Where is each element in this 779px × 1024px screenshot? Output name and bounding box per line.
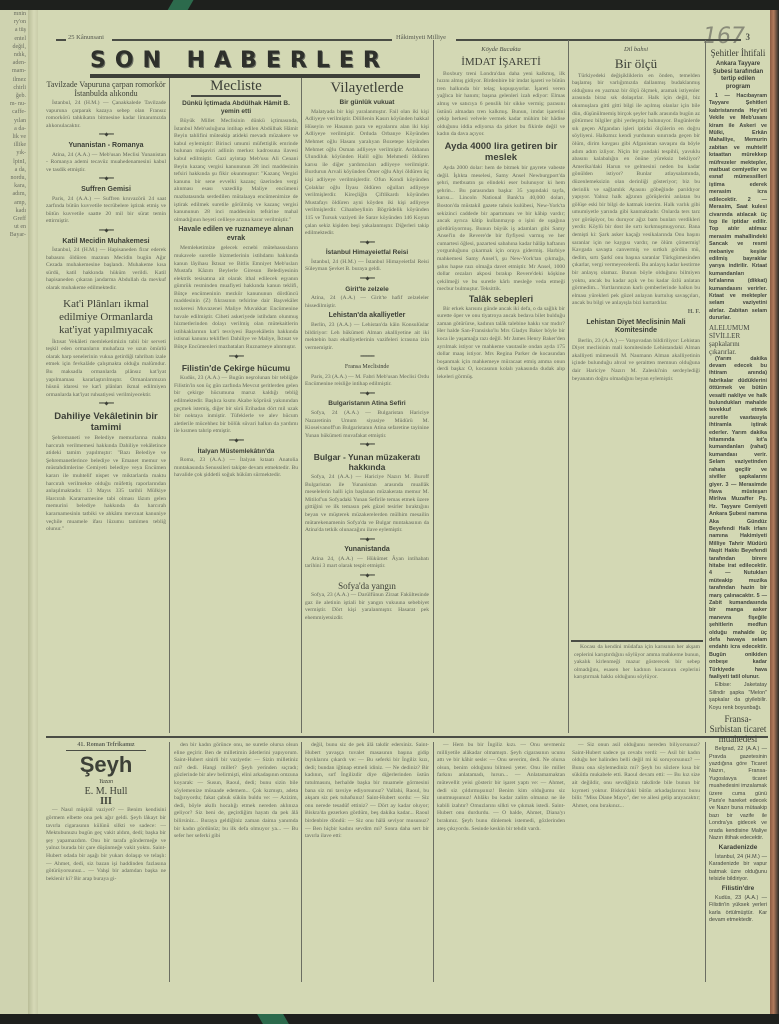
column-1: Tavilzade Vapuruna çarpan romorkör İstan…	[46, 78, 166, 728]
dress-code-note: Elbise: Jaketatay Silindir şapka "Melon"…	[709, 682, 767, 712]
scanner-bottom-edge	[0, 1014, 779, 1024]
header-paper-name: Hâkimiyeti Milliye	[396, 34, 446, 41]
fragment-line: aden-	[0, 59, 28, 67]
ornament-divider: ━━⬥━━	[305, 276, 429, 284]
ornament-divider: ━━⬥━━	[174, 438, 298, 446]
column-2: Mecliste Dünkü İçtimada Abdülhak Hâmit B…	[174, 78, 298, 733]
headline: Lehistan'da akalliyetler	[305, 312, 429, 320]
fragment-line: kara,	[0, 182, 28, 190]
article-body: Malatyada bir kişi yaralanmıştır. Fail o…	[305, 109, 429, 238]
headline: Kat'i Plânları ikmal edilmiye Ormanlarda…	[46, 298, 166, 337]
article-body: İstanbul, 24 (H.M.) — İstanbul Himayeiet…	[305, 259, 429, 274]
article-body: İstanbul, 24 (H.M.) — Çanakkalede Tavilz…	[46, 100, 166, 130]
ornament-divider: ━━⬥━━	[305, 240, 429, 248]
serial-author: E. M. Hull	[46, 788, 166, 796]
fragment-line: değil,	[0, 43, 28, 51]
headline: Ayda 4000 lira getiren bir meslek	[437, 141, 565, 163]
article-body: Ayda 2000 dolar: hem de bitmek bir gayre…	[437, 165, 565, 294]
fragment-line: a da-	[0, 125, 28, 133]
headline: Bulgaristanın Atina Sefiri	[305, 400, 429, 408]
headline: Bulgar - Yunan müzakeratı hakkında	[305, 452, 429, 472]
article-body: Berlin, 23 (A.A.) — Varşovadan bildirili…	[572, 338, 700, 384]
article-body: Kudüs, 23 (A.A.) — Filistin'in yüksek ye…	[709, 895, 767, 925]
headline: Fransa Meclisinde	[305, 364, 429, 372]
fragment-line: entel	[0, 35, 28, 43]
book-gutter	[28, 10, 38, 1016]
fragment-line: ut en	[0, 223, 28, 231]
header-rule	[56, 39, 66, 41]
serial-column-5: — Siz onun asil olduğunu nereden biliyor…	[572, 742, 700, 982]
headline: Katil Mecidin Muhakemesi	[46, 238, 166, 246]
serial-text: den bir kadın görünce onu, ne suretle ol…	[174, 742, 298, 841]
page-header: 25 Kânunsani Hâkimiyeti Milliye 3	[56, 34, 756, 46]
column-rule	[705, 40, 706, 733]
ornament-divider: ━━⬥━━	[305, 391, 429, 399]
kicker: Köyde Bucakta	[437, 46, 565, 54]
fragment-line: caffe-	[0, 108, 28, 116]
serial-text: değil, bunu siz de pek âlâ takdir edersi…	[305, 742, 429, 841]
subheadline: Ankara Tayyare Şubesi tarafından tertip …	[709, 61, 767, 91]
ornament-divider: ━━⬥━━	[305, 442, 429, 450]
article-body: İktısat Vekâleti memleketimizin tabii bi…	[46, 339, 166, 400]
headline: İstanbul Himayeietfal Reisi	[305, 249, 429, 257]
serial-author-label: Yazan	[46, 779, 166, 787]
page-number: 3	[746, 32, 751, 42]
serial-column-2: den bir kadın görünce onu, ne suretle ol…	[174, 742, 298, 982]
article-body: Türkiyedeki değişikliklerin en önden, te…	[572, 73, 700, 308]
article-body: Sofya, 24 (A.A.) — Hariciye Nazırı M. Bu…	[305, 474, 429, 535]
ornament-divider: ━━⬥━━	[305, 573, 429, 581]
headline: Fransa-Sırbistan ticaret muahedesi	[709, 714, 767, 744]
fragment-line: m- nu-	[0, 100, 28, 108]
article-body: Kudüs, 23 (A.A.) — Bugün neşrolunan bir …	[174, 375, 298, 436]
article-body: Berlin, 23 (A.A.) — Lehistan'da kâin Kon…	[305, 322, 429, 352]
article-body: Boxbury treni Londra'dan daha yeni kalkm…	[437, 71, 565, 139]
fragment-line: mam-	[0, 67, 28, 75]
article-body: Roma, 23 (A.A.) — İtalyan kıtaatı Anatol…	[174, 457, 298, 480]
fragment-line: nordu,	[0, 174, 28, 182]
column-rule	[169, 78, 170, 733]
article-body: İstanbul, 24 (H.M.) — Hapisaneden firar …	[46, 247, 166, 293]
column-rule	[301, 742, 302, 982]
article-body: İstanbul, 24 (H.M.) — Karadenizde bir va…	[709, 854, 767, 884]
column-rule	[169, 742, 170, 982]
serial-title: Şeyh	[46, 753, 166, 777]
article-body: Büyük Millet Meclisinin dünkü içtimasınd…	[174, 118, 298, 224]
subheadline: Havale edilen ve ruznameye alınan evrak	[174, 226, 298, 243]
headline: Yunanistanda	[305, 546, 429, 554]
article-body: Atina, 24 (A.A.) — Meb'usan Meclisi Yuna…	[46, 152, 166, 175]
ornament-divider: ━━⬥━━	[174, 354, 298, 362]
headline: Sofya'da yangın	[305, 583, 429, 591]
article-body: Paris, 23 (A.A.) — M. Fabri Meb'usan Mec…	[305, 374, 429, 389]
ornament-divider: ━━⬥━━	[305, 537, 429, 545]
article-body: 1 — Hacıbayram Tayyare Şehitleri kabrist…	[709, 93, 767, 323]
fragment-line: illike	[0, 141, 28, 149]
column-5: Dil bahsi Bir ölçü Türkiyedeki değişikli…	[572, 46, 700, 636]
article-body: Atina, 24 (A.A.) — Girit'te hafif zelzel…	[305, 295, 429, 310]
fragment-line: Bayar-	[0, 231, 28, 239]
column-rule	[433, 40, 434, 733]
talak-continuation: Kocası da kendini müdafaa için karısının…	[574, 644, 700, 706]
ornament-divider: ━━⬥━━	[46, 228, 166, 236]
fragment-line: yık-	[0, 149, 28, 157]
scanner-tape	[257, 1014, 289, 1024]
fragment-line: Greff	[0, 215, 28, 223]
headline: Filistin'de Çekirge hücumu	[174, 363, 298, 373]
masthead-title: SON HABERLER	[90, 48, 420, 73]
ornament-divider: ━━⬥━━	[46, 132, 166, 140]
ornament-divider: ━━━━━	[305, 354, 429, 362]
section-rule	[571, 640, 703, 642]
column-rule	[568, 40, 569, 733]
column-6: Şehitler İhtifali Ankara Tayyare Şubesi …	[709, 46, 767, 726]
article-body: Şehremaneti ve Belediye memurlarına makt…	[46, 435, 166, 534]
headline: Mecliste	[191, 78, 281, 97]
ornament-divider: ━━⬥━━	[46, 176, 166, 184]
headline: Vilayetlerde	[305, 80, 429, 97]
serial-part: III	[46, 798, 166, 806]
fragment-line: mnin	[0, 10, 28, 18]
headline: Karadenizde	[709, 844, 767, 851]
headline: Bir ölçü	[572, 56, 700, 71]
fragment-line: ğeb.	[0, 92, 28, 100]
fragment-line: yılan	[0, 117, 28, 125]
fragment-line: lik ve	[0, 133, 28, 141]
serial-section-rule	[46, 736, 768, 738]
serial-column-4: — Hem bu bir İngiliz kızı. — Onu sevmeni…	[437, 742, 565, 982]
fragment-line: adım,	[0, 190, 28, 198]
caps-notice: ALELUMUM SİVİLLER şapkalarını çıkarırlar…	[709, 324, 767, 356]
serial-column-1: 41. Roman Tefrikamız Şeyh Yazan E. M. Hu…	[46, 742, 166, 982]
headline: Lehistan Diyet Meclisinin Mali Komitesin…	[572, 319, 700, 336]
serial-label: 41. Roman Tefrikamız	[66, 742, 146, 751]
column-3: Vilayetlerde Bir günlük vukuat Malatyada…	[305, 78, 429, 733]
header-rule	[112, 39, 392, 41]
column-rule	[705, 742, 706, 982]
fragment-line: a tüş	[0, 26, 28, 34]
subheadline: Dünkü İçtimada Abdülhak Hâmit B. yemin e…	[174, 100, 298, 116]
column-rule	[301, 78, 302, 733]
fragment-line: chirli	[0, 84, 28, 92]
fragment-line: a da,	[0, 166, 28, 174]
headline: Yunanistan - Romanya	[46, 142, 166, 150]
headline: İMDAT İŞARETİ	[437, 56, 565, 69]
headline: Şehitler İhtifali	[709, 48, 767, 59]
article-body: Kocası da kendini müdafaa için karısının…	[574, 644, 700, 682]
fragment-line: ry'on	[0, 18, 28, 26]
fragment-line: kadı	[0, 207, 28, 215]
fragment-line: amp,	[0, 199, 28, 207]
headline: Suffren Gemisi	[46, 186, 166, 194]
newspaper-page: 167 25 Kânunsani Hâkimiyeti Milliye 3 SO…	[38, 10, 770, 1016]
headline: Talâk sebepleri	[437, 296, 565, 304]
masthead: SON HABERLER	[90, 48, 420, 76]
signature: H. F.	[572, 309, 700, 317]
article-body: Belgrad, 22 (A.A.) — Pravda gazetesinin …	[709, 746, 767, 842]
article-body: Sofya, 23 (A.A.) — Darülfünun Ziraat Fak…	[305, 592, 429, 622]
fragment-line: lpinI,	[0, 158, 28, 166]
serial-text: — Siz onun asil olduğunu nereden biliyor…	[572, 742, 700, 810]
headline: İtalyan Müstemlekâtın'da	[174, 448, 298, 456]
fragment-line: ilmez	[0, 76, 28, 84]
header-rule	[456, 39, 741, 41]
page-right-edge	[770, 10, 779, 1016]
serial-text: — Nasıl müşkül vaziyet? — Benim kendisin…	[46, 807, 166, 883]
kicker: Dil bahsi	[572, 46, 700, 54]
headline: Filistin'dre	[709, 885, 767, 892]
headline: Dahiliye Vekâletinin bir tamimi	[46, 411, 166, 433]
article-body: Memleketimize gelecek ecnebi mütehassısl…	[174, 245, 298, 351]
ornament-divider: ━━⬥━━	[46, 401, 166, 409]
headline: Tavilzade Vapuruna çarpan romorkör İstan…	[46, 80, 166, 98]
article-body: Atina 24, (A.A.) — Hükümet Âyan intihaba…	[305, 556, 429, 571]
article-body: (Yarım dakika devam edecek bu ihtiram an…	[709, 356, 767, 682]
previous-page-fragment: mninry'ona tüşenteldeğil,ndık,aden-mam-i…	[0, 10, 28, 1016]
article-body: Sofya, 24 (A.A.) — Bulgaristan Hariciye …	[305, 410, 429, 440]
column-4: Köyde Bucakta İMDAT İŞARETİ Boxbury tren…	[437, 46, 565, 686]
serial-text: — Hem bu bir İngiliz kızı. — Onu sevmeni…	[437, 742, 565, 833]
header-date: 25 Kânunsani	[68, 34, 104, 41]
headline: Girit'te zelzele	[305, 286, 429, 294]
fragment-line: ndık,	[0, 51, 28, 59]
column-rule	[433, 742, 434, 982]
subheadline: Bir günlük vukuat	[305, 99, 429, 107]
serial-column-3: değil, bunu siz de pek âlâ takdir edersi…	[305, 742, 429, 982]
article-body: Bir erkek karısını günde ancak iki defa,…	[437, 306, 565, 382]
article-body: Paris, 24 (A.A.) — Suffren kruvazörü 24 …	[46, 196, 166, 226]
